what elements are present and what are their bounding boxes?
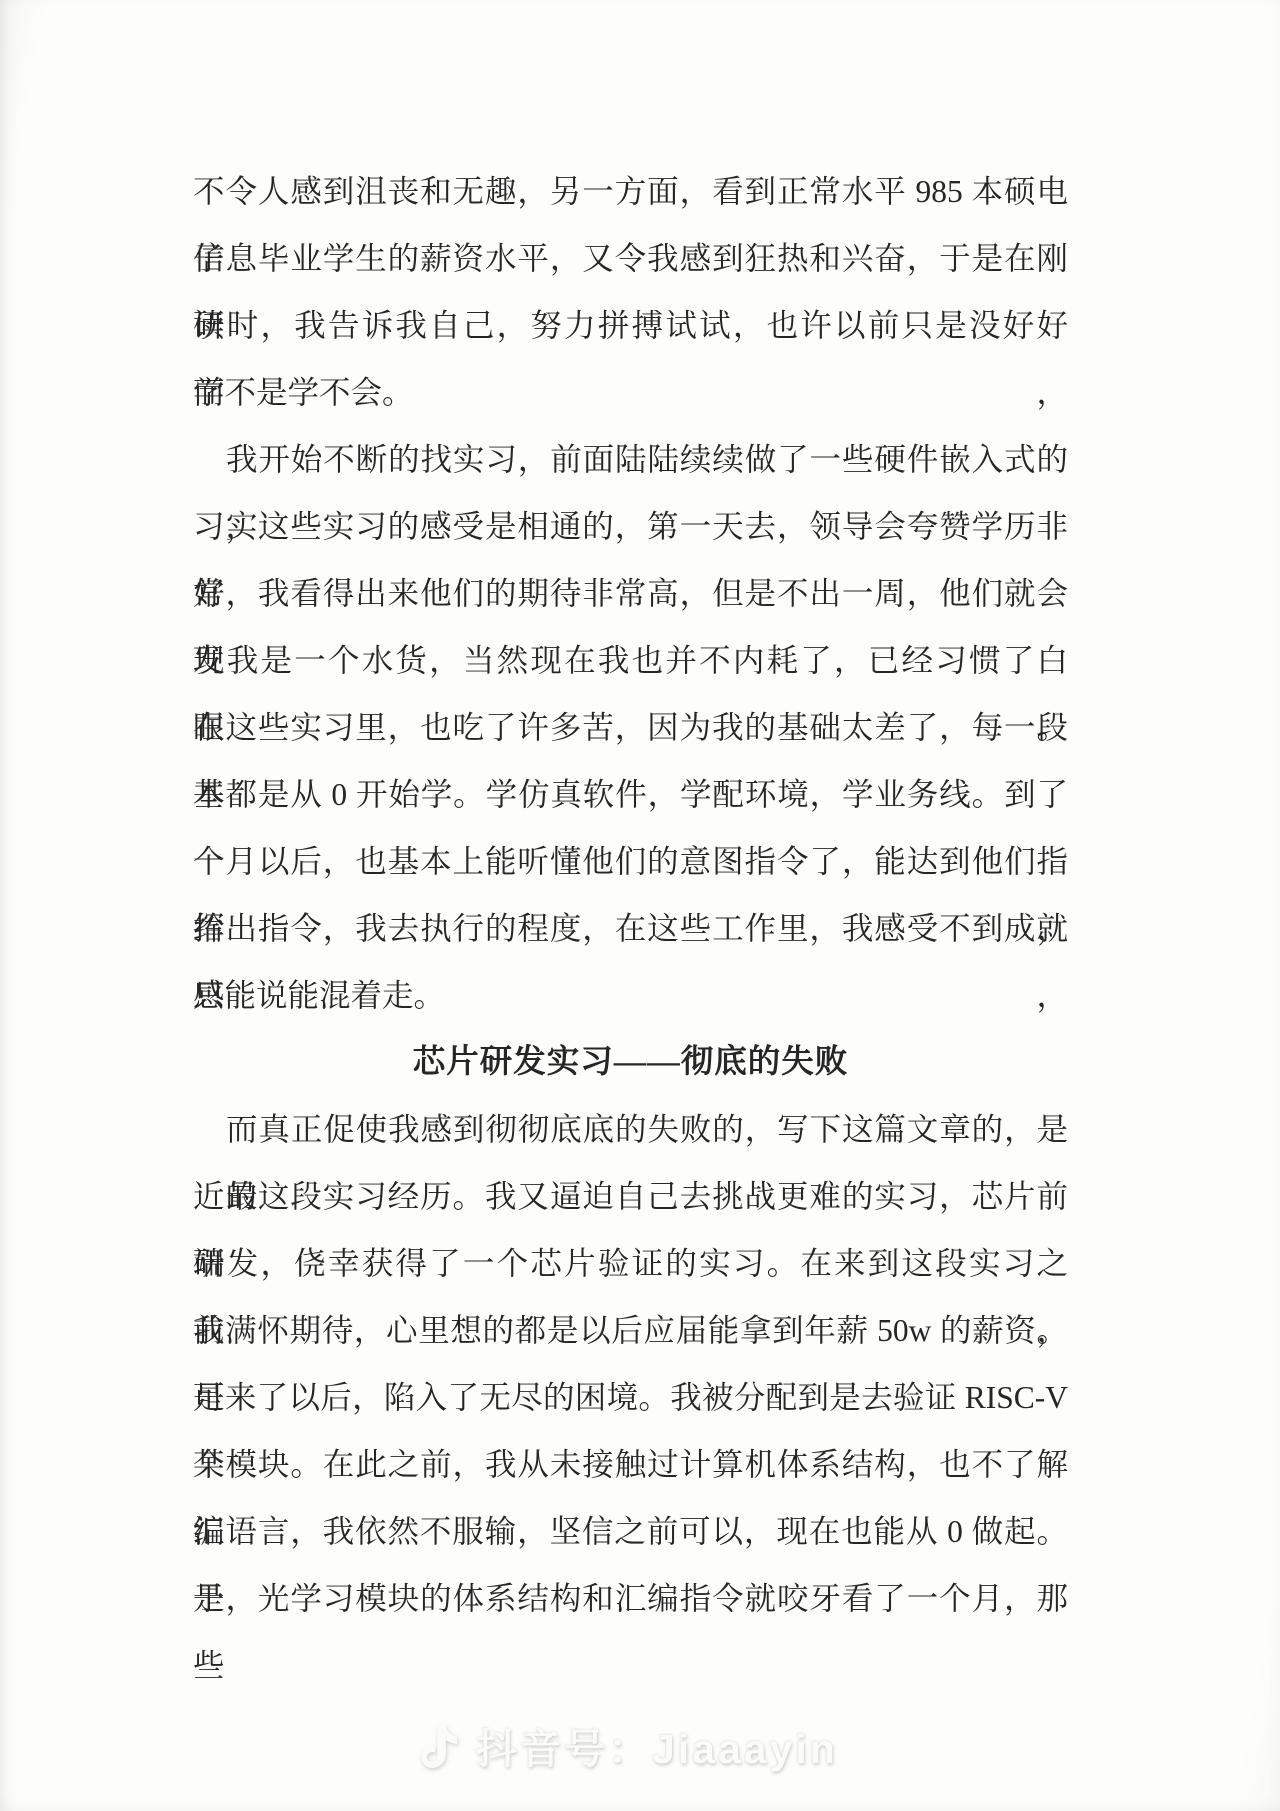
text-line: 是来了以后，陷入了无尽的困境。我被分配到是去验证 RISC-V 某	[193, 1364, 1068, 1431]
text-line: 现我是一个水货，当然现在我也并不内耗了，已经习惯了白眼。	[193, 627, 1068, 694]
text-line: 研发，侥幸获得了一个芯片验证的实习。在来到这段实习之前，	[193, 1230, 1068, 1297]
text-line: 习，这些实习的感受是相通的，第一天去，领导会夸赞学历非常	[193, 493, 1068, 560]
text-line: 研时，我告诉我自己，努力拼搏试试，也许以前只是没好好学，	[193, 292, 1068, 359]
douyin-watermark: 抖音号：Jiaaayin	[421, 1716, 838, 1775]
text-line: 个月以后，也基本上能听懂他们的意图指令了，能达到他们指挥，	[193, 828, 1068, 895]
text-line: 在这些实习里，也吃了许多苦，因为我的基础太差了，每一段基	[193, 694, 1068, 761]
section-heading: 芯片研发实习——彻底的失败	[193, 1029, 1068, 1096]
watermark-label: 抖音号：Jiaaayin	[476, 1716, 838, 1775]
document-body: 不令人感到沮丧和无趣，另一方面，看到正常水平 985 本硕电子信息毕业学生的薪资…	[193, 158, 1068, 1632]
text-line: 我开始不断的找实习，前面陆陆续续做了一些硬件嵌入式的实	[193, 426, 1068, 493]
text-line: 是，光学习模块的体系结构和汇编指令就咬牙看了一个月，那些	[193, 1565, 1068, 1632]
text-line: 本都是从 0 开始学。学仿真软件，学配环境，学业务线。到了一	[193, 761, 1068, 828]
text-line: 信息毕业学生的薪资水平，又令我感到狂热和兴奋，于是在刚读	[193, 225, 1068, 292]
text-line: 不令人感到沮丧和无趣，另一方面，看到正常水平 985 本硕电子	[193, 158, 1068, 225]
text-line: 给出指令，我去执行的程度，在这些工作里，我感受不到成就感，	[193, 895, 1068, 962]
text-line: 好，我看得出来他们的期待非常高，但是不出一周，他们就会发	[193, 560, 1068, 627]
text-line: 个模块。在此之前，我从未接触过计算机体系结构，也不了解汇	[193, 1431, 1068, 1498]
text-line: 而真正促使我感到彻彻底底的失败的，写下这篇文章的，是最	[193, 1096, 1068, 1163]
text-line: 近的这段实习经历。我又逼迫自己去挑战更难的实习，芯片前端	[193, 1163, 1068, 1230]
douyin-note-icon	[421, 1718, 458, 1774]
text-line: 编语言，我依然不服输，坚信之前可以，现在也能从 0 做起。于	[193, 1498, 1068, 1565]
text-line: 我满怀期待，心里想的都是以后应届能拿到年薪 50w 的薪资。可	[193, 1297, 1068, 1364]
